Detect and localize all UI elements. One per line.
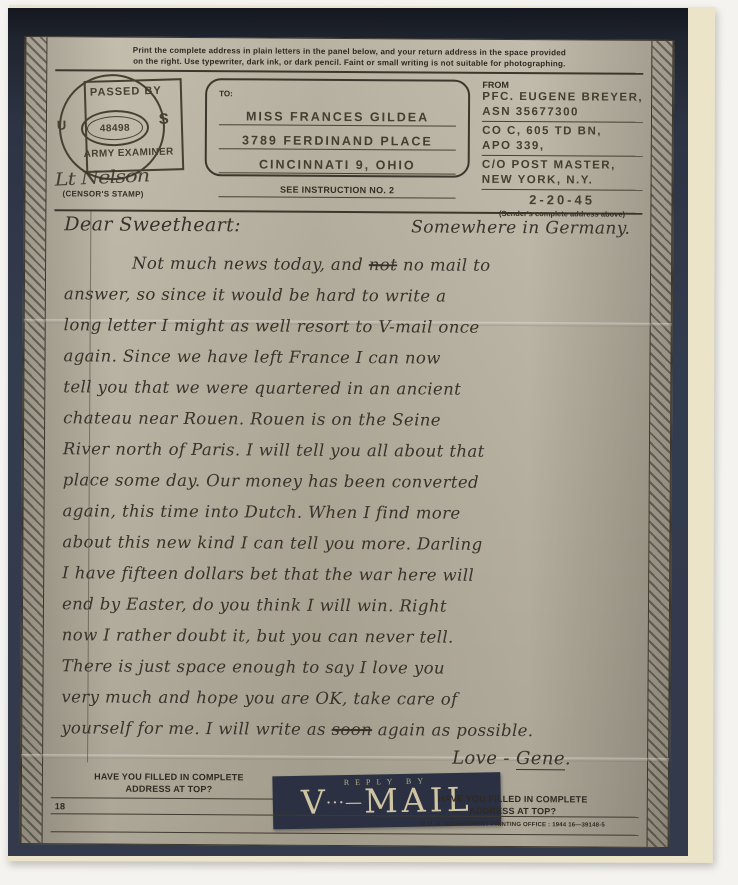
form-footer: HAVE YOU FILLED IN COMPLETE ADDRESS AT T…: [51, 770, 639, 848]
letter-text: again, this time into Dutch. When I find…: [63, 501, 461, 522]
letter-message: Dear Sweetheart: Somewhere in Germany. N…: [51, 211, 642, 770]
letter-line: end by Easter, do you think I will win. …: [62, 588, 636, 623]
censor-signature: Lt Nelson: [54, 165, 149, 190]
dateline: Somewhere in Germany.: [411, 217, 630, 238]
date-handwritten: 2-20-45: [482, 192, 643, 208]
censor-number: 48498: [87, 115, 144, 141]
letter-line: now I rather doubt it, but you can never…: [62, 619, 636, 654]
divider: [55, 69, 643, 75]
censor-stamp-caption: (CENSOR'S STAMP): [62, 189, 143, 198]
letter-line: again. Since we have left France I can n…: [63, 340, 637, 375]
letter-line: yourself for me. I will write as soon ag…: [61, 712, 635, 747]
letter-body-lines: Not much news today, and not no mail toa…: [61, 247, 638, 746]
footer-question-right: HAVE YOU FILLED IN COMPLETE ADDRESS AT T…: [393, 792, 633, 828]
letter-text: There is just space enough to say I love…: [62, 656, 445, 677]
censor-letter-u: U: [57, 118, 67, 133]
gov-print-line: ☆ U. S. GOVERNMENT PRINTING OFFICE : 194…: [393, 820, 633, 828]
struck-word: soon: [332, 720, 373, 739]
to-address-area: TO: MISS FRANCES GILDEA 3789 FERDINAND P…: [204, 78, 470, 208]
letter-line: There is just space enough to say I love…: [62, 650, 636, 685]
footer-question-left: HAVE YOU FILLED IN COMPLETE ADDRESS AT T…: [69, 770, 269, 795]
closing-period: .: [565, 748, 571, 769]
to-address-street: 3789 FERDINAND PLACE: [242, 133, 433, 148]
from-line: C/O POST MASTER,: [482, 158, 643, 174]
letter-text: long letter I might as well resort to V-…: [64, 315, 480, 337]
letter-line: long letter I might as well resort to V-…: [64, 309, 638, 344]
letter-text: Not much news today, and: [132, 254, 369, 274]
letter-text: answer, so since it would be hard to wri…: [64, 284, 447, 305]
letter-text: about this new kind I can tell you more.…: [62, 532, 482, 554]
closing-pre: Love -: [452, 748, 516, 769]
letter-line: chateau near Rouen. Rouen is on the Sein…: [63, 402, 637, 437]
from-line: PFC. EUGENE BREYER,: [482, 90, 643, 106]
from-rule: [482, 155, 643, 157]
from-rule: [482, 121, 643, 123]
letter-text: River north of Paris. I will tell you al…: [63, 439, 485, 461]
from-line: CO C, 605 TD BN,: [482, 124, 643, 140]
letter-line: tell you that we were quartered in an an…: [63, 371, 637, 406]
letter-line: I have fifteen dollars bet that the war …: [62, 557, 636, 592]
passed-by-text: PASSED BY: [90, 85, 162, 99]
vmail-morse-icon: ···—: [326, 793, 364, 814]
letter-line: Not much news today, and not no mail to: [64, 247, 638, 282]
letter-text: place some day. Our money has been conve…: [63, 470, 479, 492]
letter-text: tell you that we were quartered in an an…: [63, 377, 461, 398]
to-address-line: CINCINNATI 9, OHIO: [219, 149, 456, 174]
instructions-line-2: on the right. Use typewriter, dark ink, …: [96, 55, 602, 69]
from-line: NEW YORK, N.Y.: [482, 173, 643, 189]
censor-area: PASSED BY U 48498 S ARMY EXAMINER Lt Nel…: [54, 77, 205, 206]
address-header: PASSED BY U 48498 S ARMY EXAMINER Lt Nel…: [54, 77, 643, 209]
footer-question-left-line1: HAVE YOU FILLED IN COMPLETE: [69, 770, 269, 783]
from-line: APO 339,: [482, 139, 643, 155]
censor-letter-s: S: [159, 111, 170, 128]
letter-text: no mail to: [397, 255, 490, 275]
to-address-line: 3789 FERDINAND PLACE: [219, 125, 456, 150]
footer-question-left-line2: ADDRESS AT TOP?: [69, 782, 269, 795]
closing-name: Gene: [516, 748, 565, 770]
letter-line: place some day. Our money has been conve…: [63, 464, 637, 499]
from-line: ASN 35677300: [482, 105, 643, 121]
vmail-form: Print the complete address in plain lett…: [20, 36, 675, 848]
letter-line: answer, so since it would be hard to wri…: [64, 278, 638, 313]
to-box: TO: MISS FRANCES GILDEA 3789 FERDINAND P…: [205, 78, 471, 178]
letter-line: River north of Paris. I will tell you al…: [63, 433, 637, 468]
struck-word: not: [369, 255, 398, 274]
letter-text: yourself for me. I will write as: [61, 718, 331, 739]
letter-text: now I rather doubt it, but you can never…: [62, 625, 454, 646]
letter-text: chateau near Rouen. Rouen is on the Sein…: [63, 408, 441, 429]
letter-line: again, this time into Dutch. When I find…: [62, 495, 636, 530]
footer-rule: [51, 797, 287, 799]
closing: Love - Gene.: [61, 745, 571, 769]
page-number: 18: [55, 800, 65, 812]
footer-rule: [51, 831, 639, 836]
instructions-text: Print the complete address in plain lett…: [96, 44, 602, 69]
to-address-line: MISS FRANCES GILDEA: [219, 101, 456, 126]
letter-text: very much and hope you are OK, take care…: [61, 687, 457, 708]
letter-text: again as possible.: [372, 720, 533, 740]
to-label: TO:: [219, 89, 233, 98]
from-address-area: FROM PFC. EUGENE BREYER, ASN 35677300 CO…: [470, 80, 644, 209]
to-address-name: MISS FRANCES GILDEA: [246, 109, 429, 124]
from-rule: [482, 189, 643, 191]
letter-line: about this new kind I can tell you more.…: [62, 526, 636, 561]
to-address-city: CINCINNATI 9, OHIO: [259, 157, 416, 172]
letter-line: very much and hope you are OK, take care…: [61, 681, 635, 716]
see-instruction-note: SEE INSTRUCTION NO. 2: [205, 184, 470, 196]
letter-text: I have fifteen dollars bet that the war …: [62, 563, 474, 585]
vmail-v: V: [301, 782, 326, 821]
salutation-row: Dear Sweetheart: Somewhere in Germany.: [64, 213, 638, 251]
censor-stamp: PASSED BY U 48498 S ARMY EXAMINER: [54, 76, 207, 176]
photo-frame: Print the complete address in plain lett…: [8, 8, 688, 856]
letter-text: again. Since we have left France I can n…: [63, 346, 440, 367]
letter-text: end by Easter, do you think I will win. …: [62, 594, 447, 615]
